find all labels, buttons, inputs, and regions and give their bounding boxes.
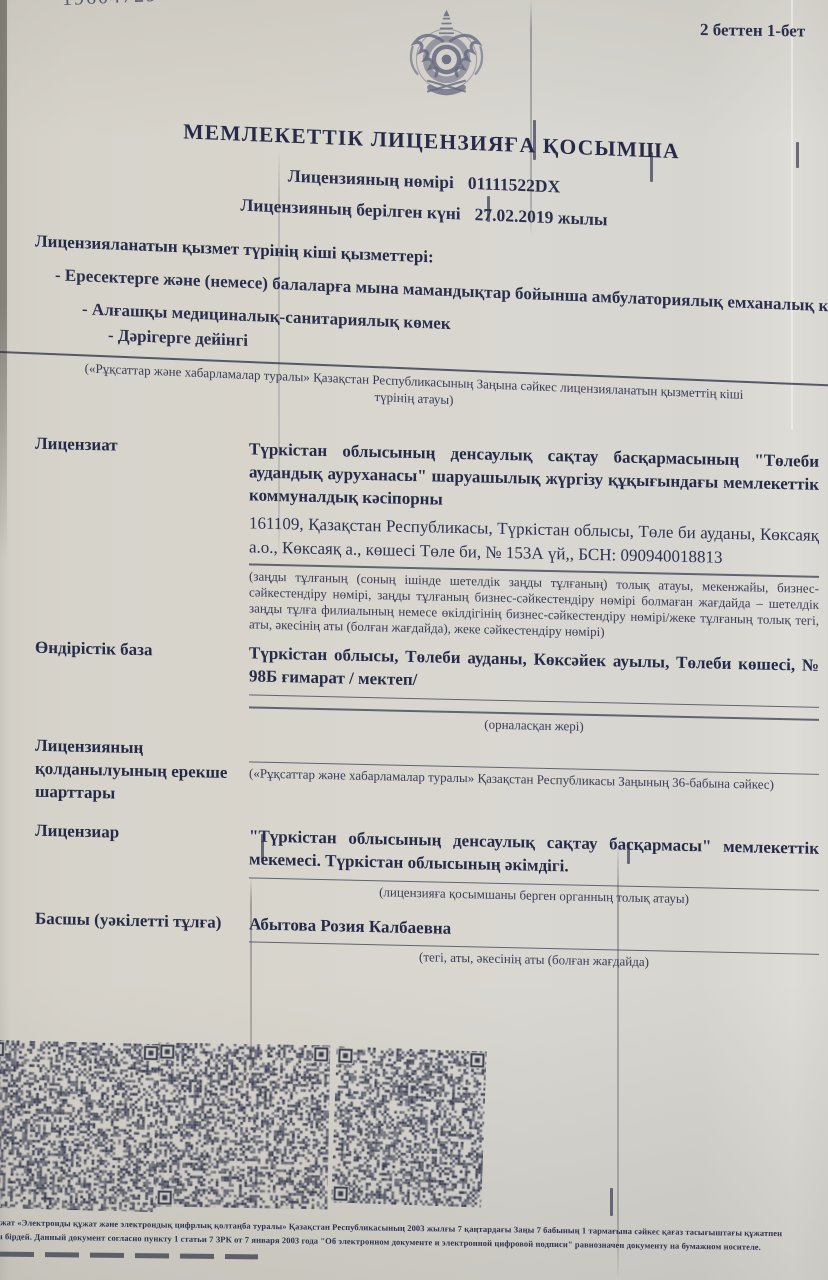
qr-code	[331, 1046, 486, 1207]
licensee-row: Лицензиат Түркістан облысының денсаулық …	[0, 432, 828, 645]
production-base-note: (орналасқан жері)	[249, 711, 819, 739]
licensee-note: (заңды тұлғаның (соның ішінде шетелдік з…	[249, 568, 819, 644]
head-official-label: Басшы (уәкілетті тұлға)	[35, 908, 240, 961]
scan-bottom-marks	[0, 1252, 258, 1260]
licensor-row: Лицензиар "Түркістан облысының денсаулық…	[0, 819, 828, 911]
document-serial-number: 19604729	[62, 0, 159, 11]
kazakhstan-coat-of-arms-icon	[398, 6, 495, 111]
license-number-label: Лицензияның нөмірі	[288, 166, 454, 193]
page-indicator: 2 беттен 1-бет	[700, 20, 828, 42]
issue-date-label: Лицензияның берілген күні	[240, 195, 460, 224]
qr-code	[156, 1043, 331, 1210]
licensee-address: 161109, Қазақстан Республикасы, Түркіста…	[249, 512, 819, 571]
production-base-row: Өндірістік база Түркістан облысы, Төлеби…	[0, 636, 828, 740]
production-base-value: Түркістан облысы, Төлеби ауданы, Көксәйе…	[249, 641, 819, 700]
head-official-row: Басшы (уәкілетті тұлға) Абытова Розия Ка…	[0, 907, 828, 974]
licensor-note: (лицензияға қосымшаны берген органның то…	[249, 882, 819, 910]
footer-legal-text: ұжат «Электронды құжат және электрондық …	[0, 1215, 828, 1256]
licensee-label: Лицензиат	[35, 433, 240, 632]
scanned-license-document: 19604729 2 беттен 1-бет МЕМЛЕКЕТТІК ЛИЦЕ…	[0, 0, 828, 1280]
license-number-value: 01111522DX	[468, 173, 560, 197]
head-official-note: (тегі, аты, әкесінің аты (болған жағдайд…	[249, 945, 819, 973]
licensor-value: "Түркістан облысының денсаулық сақтау ба…	[249, 824, 819, 883]
issue-date-value: 27.02.2019 жылы	[475, 204, 608, 229]
licensor-label: Лицензиар	[35, 819, 240, 897]
special-conditions-row: Лицензияның қолданылуының ерекше шарттар…	[0, 734, 828, 821]
licensee-name: Түркістан облысының денсаулық сақтау бас…	[249, 437, 819, 519]
special-conditions-note: («Рұқсаттар және хабарламалар туралы» Қа…	[249, 766, 819, 794]
production-base-label: Өндірістік база	[35, 636, 240, 727]
special-conditions-label: Лицензияның қолданылуының ерекше шарттар…	[35, 735, 240, 808]
qr-code	[0, 1040, 160, 1212]
scan-mark	[610, 1188, 613, 1216]
